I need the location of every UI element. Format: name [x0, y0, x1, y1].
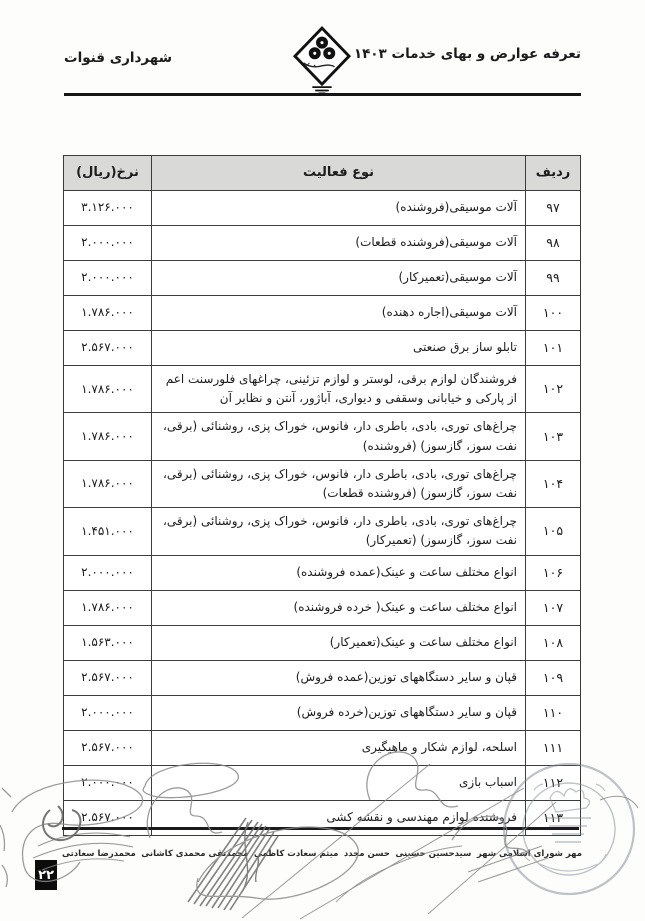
activity-cell: فروشنده لوازم مهندسی و نقشه کشی [152, 800, 526, 835]
rate-cell: ۱.۷۸۶.۰۰۰ [64, 296, 152, 331]
rate-cell: ۱.۷۸۶.۰۰۰ [64, 590, 152, 625]
document-page: تعرفه عوارض و بهای خدمات ۱۴۰۳ شهرداری قن… [0, 0, 645, 921]
row-number-cell: ۱۱۰ [526, 695, 581, 730]
municipality-emblem-icon [293, 26, 351, 96]
table-row: ۱۰۰ آلات موسیقی(اجاره دهنده) ۱.۷۸۶.۰۰۰ [64, 296, 581, 331]
rate-cell: ۲.۵۶۷.۰۰۰ [64, 331, 152, 366]
activity-cell: قپان و سایر دستگاههای توزین(خرده فروش) [152, 695, 526, 730]
rate-cell: ۲.۰۰۰.۰۰۰ [64, 765, 152, 800]
row-number-cell: ۱۱۳ [526, 800, 581, 835]
table-row: ۱۰۸ انواع مختلف ساعت و عینک(تعمیرکار) ۱.… [64, 625, 581, 660]
activity-cell: چراغ‌های توری، بادی، باطری دار، فانوس، خ… [152, 508, 526, 555]
activity-cell: آلات موسیقی(فروشنده) [152, 191, 526, 226]
document-title: تعرفه عوارض و بهای خدمات ۱۴۰۳ [354, 46, 581, 62]
activity-cell: آلات موسیقی(فروشنده قطعات) [152, 226, 526, 261]
row-number-cell: ۱۰۲ [526, 366, 581, 413]
column-header-activity: نوع فعالیت [152, 156, 526, 191]
rate-cell: ۱.۷۸۶.۰۰۰ [64, 460, 152, 507]
table-body: ۹۷ آلات موسیقی(فروشنده) ۳.۱۲۶.۰۰۰ ۹۸ آلا… [64, 191, 581, 836]
signatory-name: میثم سعادت کاظمی [254, 849, 338, 859]
table-row: ۱۰۲ فروشندگان لوازم برقی، لوستر و لوازم … [64, 366, 581, 413]
table-row: ۱۱۳ فروشنده لوازم مهندسی و نقشه کشی ۲.۵۶… [64, 800, 581, 835]
activity-cell: چراغ‌های توری، بادی، باطری دار، فانوس، خ… [152, 460, 526, 507]
table-header-row: ردیف نوع فعالیت نرخ(ریال) [64, 156, 581, 191]
activity-cell: فروشندگان لوازم برقی، لوستر و لوازم تزئی… [152, 366, 526, 413]
table-row: ۹۹ آلات موسیقی(تعمیرکار) ۲.۰۰۰.۰۰۰ [64, 261, 581, 296]
table-row: ۱۰۵ چراغ‌های توری، بادی، باطری دار، فانو… [64, 508, 581, 555]
signatory-name: محمدرضا سعادتی [62, 849, 136, 859]
row-number-cell: ۱۱۱ [526, 730, 581, 765]
activity-cell: چراغ‌های توری، بادی، باطری دار، فانوس، خ… [152, 413, 526, 460]
activity-cell: انواع مختلف ساعت و عینک(تعمیرکار) [152, 625, 526, 660]
signatory-name: حسن مجدد [344, 849, 390, 859]
signatory-name: محمدتقی محمدی کاشانی [141, 849, 248, 859]
municipality-name: شهرداری قنوات [64, 50, 172, 66]
column-header-rate: نرخ(ریال) [64, 156, 152, 191]
rate-cell: ۱.۵۶۳.۰۰۰ [64, 625, 152, 660]
table-row: ۱۰۶ انواع مختلف ساعت و عینک(عمده فروشنده… [64, 555, 581, 590]
row-number-cell: ۱۰۸ [526, 625, 581, 660]
tariff-table: ردیف نوع فعالیت نرخ(ریال) ۹۷ آلات موسیقی… [63, 155, 581, 836]
activity-cell: اسباب بازی [152, 765, 526, 800]
row-number-cell: ۱۰۹ [526, 660, 581, 695]
row-number-cell: ۱۰۰ [526, 296, 581, 331]
rate-cell: ۲.۰۰۰.۰۰۰ [64, 261, 152, 296]
row-number-cell: ۱۰۶ [526, 555, 581, 590]
table-row: ۱۱۰ قپان و سایر دستگاههای توزین(خرده فرو… [64, 695, 581, 730]
rate-cell: ۳.۱۲۶.۰۰۰ [64, 191, 152, 226]
row-number-cell: ۱۱۲ [526, 765, 581, 800]
rate-cell: ۱.۷۸۶.۰۰۰ [64, 366, 152, 413]
rate-cell: ۲.۵۶۷.۰۰۰ [64, 730, 152, 765]
activity-cell: آلات موسیقی(تعمیرکار) [152, 261, 526, 296]
table-row: ۱۱۱ اسلحه، لوازم شکار و ماهیگیری ۲.۵۶۷.۰… [64, 730, 581, 765]
row-number-cell: ۹۹ [526, 261, 581, 296]
row-number-cell: ۹۸ [526, 226, 581, 261]
table-row: ۱۰۱ تابلو ساز برق صنعتی ۲.۵۶۷.۰۰۰ [64, 331, 581, 366]
signatory-names: مهر شورای اسلامی شهرسیدحسین حسینیحسن مجد… [62, 849, 582, 859]
rate-cell: ۲.۰۰۰.۰۰۰ [64, 226, 152, 261]
row-number-cell: ۹۷ [526, 191, 581, 226]
activity-cell: انواع مختلف ساعت و عینک( خرده فروشنده) [152, 590, 526, 625]
table-row: ۱۰۳ چراغ‌های توری، بادی، باطری دار، فانو… [64, 413, 581, 460]
row-number-cell: ۱۰۷ [526, 590, 581, 625]
activity-cell: اسلحه، لوازم شکار و ماهیگیری [152, 730, 526, 765]
page-number-badge: ۲۲ [35, 860, 57, 890]
signatory-name: سیدحسین حسینی [395, 849, 471, 859]
rate-cell: ۱.۷۸۶.۰۰۰ [64, 413, 152, 460]
row-number-cell: ۱۰۱ [526, 331, 581, 366]
signatory-name: مهر شورای اسلامی شهر [477, 849, 582, 859]
rate-cell: ۲.۵۶۷.۰۰۰ [64, 800, 152, 835]
row-number-cell: ۱۰۴ [526, 460, 581, 507]
activity-cell: انواع مختلف ساعت و عینک(عمده فروشنده) [152, 555, 526, 590]
table-row: ۹۸ آلات موسیقی(فروشنده قطعات) ۲.۰۰۰.۰۰۰ [64, 226, 581, 261]
table-row: ۹۷ آلات موسیقی(فروشنده) ۳.۱۲۶.۰۰۰ [64, 191, 581, 226]
activity-cell: تابلو ساز برق صنعتی [152, 331, 526, 366]
footer-divider [62, 827, 579, 830]
table-row: ۱۰۷ انواع مختلف ساعت و عینک( خرده فروشند… [64, 590, 581, 625]
activity-cell: قپان و سایر دستگاههای توزین(عمده فروش) [152, 660, 526, 695]
rate-cell: ۲.۰۰۰.۰۰۰ [64, 695, 152, 730]
row-number-cell: ۱۰۵ [526, 508, 581, 555]
row-number-cell: ۱۰۳ [526, 413, 581, 460]
header-divider [64, 93, 581, 96]
table-row: ۱۰۹ قپان و سایر دستگاههای توزین(عمده فرو… [64, 660, 581, 695]
table-row: ۱۱۲ اسباب بازی ۲.۰۰۰.۰۰۰ [64, 765, 581, 800]
activity-cell: آلات موسیقی(اجاره دهنده) [152, 296, 526, 331]
rate-cell: ۲.۵۶۷.۰۰۰ [64, 660, 152, 695]
rate-cell: ۱.۴۵۱.۰۰۰ [64, 508, 152, 555]
rate-cell: ۲.۰۰۰.۰۰۰ [64, 555, 152, 590]
table-row: ۱۰۴ چراغ‌های توری، بادی، باطری دار، فانو… [64, 460, 581, 507]
column-header-row-number: ردیف [526, 156, 581, 191]
